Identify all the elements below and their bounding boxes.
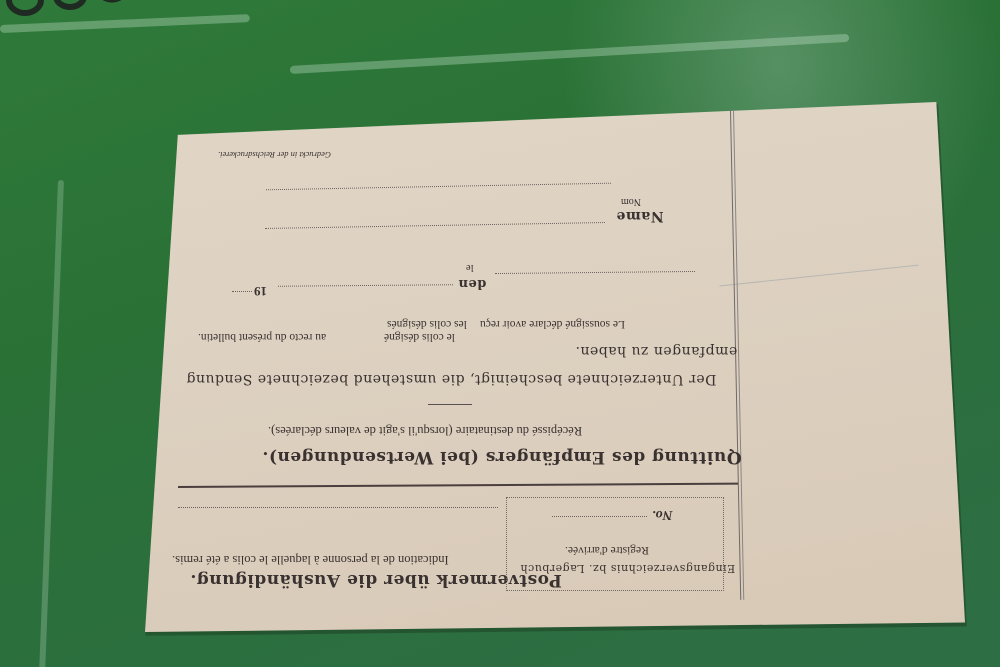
receipt-text-fr-option1: le colis désigné	[384, 331, 455, 343]
date-year-line	[232, 291, 252, 292]
register-number-line	[552, 516, 647, 517]
register-label-de: Eingangsverzeichnis bz. Lagerbuch	[520, 562, 735, 575]
receipt-text-fr-suffix: au recto du présent bulletin.	[198, 331, 326, 343]
year-prefix: 19	[254, 283, 267, 299]
receipt-section-subtitle: Récépissé du destinataire (lorsqu'il s'a…	[268, 423, 582, 438]
date-label-fr: le	[466, 262, 474, 273]
receipt-text-de-line2: empfangen zu haben.	[575, 343, 737, 359]
receipt-section-title: Quittung des Empfängers (bei Wertsendung…	[262, 447, 742, 467]
name-label-fr: Nom	[621, 196, 641, 207]
date-label-de: den	[458, 276, 486, 291]
register-number-label: No.	[652, 506, 673, 522]
delivery-section-subtitle: Indication de la personne à laquelle le …	[172, 552, 449, 567]
plastic-rail-left	[39, 180, 64, 667]
receipt-text-fr-prefix: Le soussigné déclare avoir reçu	[480, 318, 625, 330]
receipt-text-fr-option2: les colis désignés	[387, 318, 467, 330]
register-label-fr: Registre d'arrivée.	[565, 544, 649, 556]
receipt-text-de-line1: Der Unterzeichnete bescheinigt, die umst…	[186, 371, 716, 387]
delivery-dotted-line	[178, 507, 498, 508]
name-label-de: Name	[616, 208, 664, 224]
short-separator	[428, 404, 472, 405]
printer-imprint: Gedruckt in der Reichsdruckerei.	[218, 150, 331, 160]
binder-rings-icon	[0, 0, 140, 18]
